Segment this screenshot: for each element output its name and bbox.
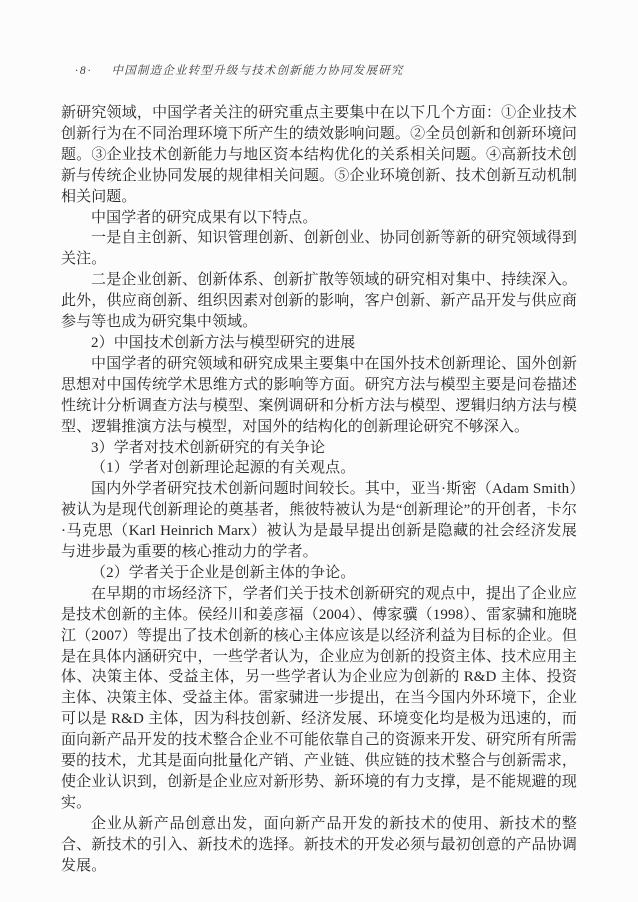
paragraph: （2）学者关于企业是创新主体的争论。: [61, 563, 577, 584]
paragraph: 二是企业创新、创新体系、创新扩散等领域的研究相对集中、持续深入。此外，供应商创新…: [61, 270, 577, 333]
paragraph: 中国学者的研究领域和研究成果主要集中在国外技术创新理论、国外创新思想对中国传统学…: [61, 354, 577, 438]
paragraph: 一是自主创新、知识管理创新、创新创业、协同创新等新的研究领域得到关注。: [61, 228, 577, 270]
running-header: ·8· 中国制造企业转型升级与技术创新能力协同发展研究: [75, 62, 578, 78]
paragraph: 2）中国技术创新方法与模型研究的进展: [61, 333, 577, 354]
paragraph: 中国学者的研究成果有以下特点。: [61, 208, 577, 229]
paragraph: （1）学者对创新理论起源的有关观点。: [61, 458, 577, 479]
body-text: 新研究领域，中国学者关注的研究重点主要集中在以下几个方面：①企业技术创新行为在不…: [61, 103, 577, 877]
book-title: 中国制造企业转型升级与技术创新能力协同发展研究: [112, 62, 404, 78]
paragraph: 新研究领域，中国学者关注的研究重点主要集中在以下几个方面：①企业技术创新行为在不…: [61, 103, 577, 208]
paragraph: 国内外学者研究技术创新问题时间较长。其中，亚当·斯密（Adam Smith）被认…: [61, 479, 577, 563]
paragraph: 企业从新产品创意出发，面向新产品开发的新技术的使用、新技术的整合、新技术的引入、…: [61, 814, 577, 877]
paragraph: 在早期的市场经济下，学者们关于技术创新研究的观点中，提出了企业应是技术创新的主体…: [61, 584, 577, 814]
page-number: ·8·: [75, 65, 93, 77]
paragraph: 3）学者对技术创新研究的有关争论: [61, 438, 577, 459]
book-page: ·8· 中国制造企业转型升级与技术创新能力协同发展研究 新研究领域，中国学者关注…: [0, 0, 638, 902]
